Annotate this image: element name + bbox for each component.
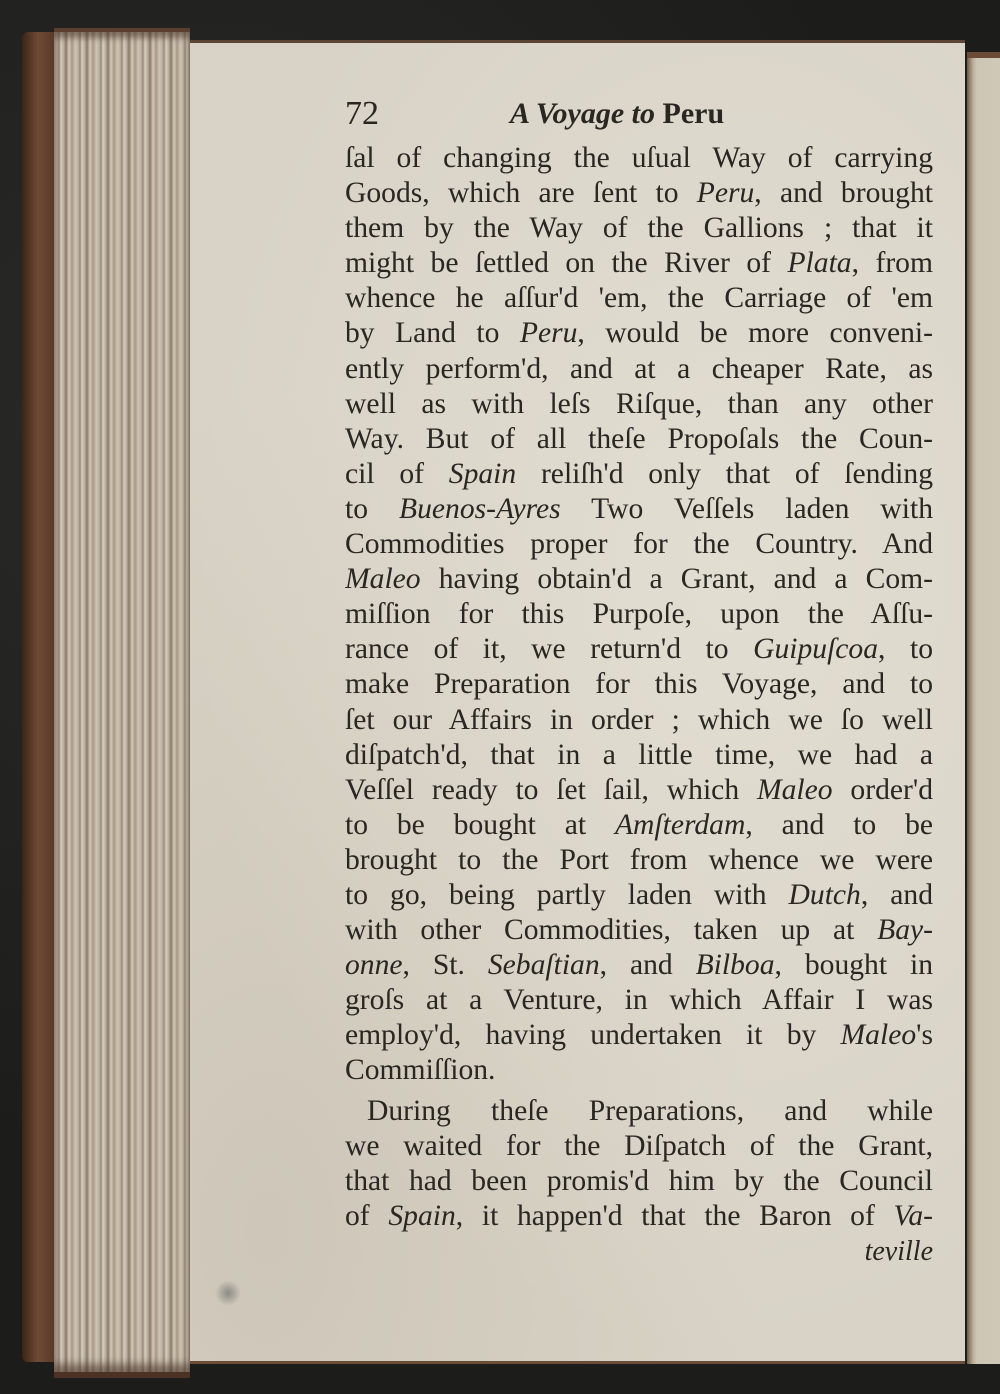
text-line: to be bought at Amſterdam, and to be <box>345 808 933 843</box>
page-number: 72 <box>345 95 379 133</box>
italic-text: Dutch <box>789 879 861 911</box>
text-segment: well as with leſs Riſque, than any other <box>345 388 933 420</box>
italic-text: Peru <box>520 317 578 349</box>
italic-text: Plata <box>787 247 851 279</box>
text-segment: , and brought <box>754 177 933 209</box>
text-segment: employ'd, having undertaken it by <box>345 1019 841 1051</box>
text-line: ently perform'd, and at a cheaper Rate, … <box>345 352 933 387</box>
text-segment: brought to the Port from whence we were <box>345 844 933 876</box>
italic-text: Maleo <box>345 563 421 595</box>
running-title: A Voyage to Peru <box>510 97 724 131</box>
text-segment: , from <box>852 247 933 279</box>
text-segment: diſpatch'd, that in a little time, we ha… <box>345 739 933 771</box>
text-line: Way. But of all theſe Propoſals the Coun… <box>345 422 933 457</box>
text-line: make Preparation for this Voyage, and to <box>345 667 933 702</box>
text-line: onne, St. Sebaſtian, and Bilboa, bought … <box>345 948 933 983</box>
text-segment: 's <box>916 1019 933 1051</box>
text-segment: Commodities proper for the Country. And <box>345 528 933 560</box>
text-line: might be ſettled on the River of Plata, … <box>345 246 933 281</box>
text-line: diſpatch'd, that in a little time, we ha… <box>345 738 933 773</box>
italic-text: Peru <box>697 177 755 209</box>
italic-text: Bilboa <box>696 949 775 981</box>
text-line: rance of it, we return'd to Guipuſcoa, t… <box>345 632 933 667</box>
text-segment: that had been promis'd him by the Counci… <box>345 1165 933 1197</box>
text-line: with other Commodities, taken up at Bay- <box>345 913 933 948</box>
catchword: teville <box>345 1236 933 1270</box>
text-line: that had been promis'd him by the Counci… <box>345 1164 933 1199</box>
text-segment: with other Commodities, taken up at <box>345 914 877 946</box>
text-line: Goods, which are ſent to Peru, and broug… <box>345 176 933 211</box>
text-segment: we waited for the Diſpatch of the Grant, <box>345 1130 933 1162</box>
text-line: Commiſſion. <box>345 1053 933 1088</box>
text-segment: Way. But of all theſe Propoſals the Coun… <box>345 423 933 455</box>
text-segment: Veſſel ready to ſet ſail, which <box>345 774 757 806</box>
text-segment: cil of <box>345 458 449 490</box>
text-segment: by Land to <box>345 317 520 349</box>
text-segment: Two Veſſels laden with <box>561 493 933 525</box>
italic-text: Va- <box>894 1200 933 1232</box>
text-segment: , bought in <box>775 949 933 981</box>
italic-text: Buenos-Ayres <box>399 493 561 525</box>
italic-text: Maleo <box>841 1019 917 1051</box>
text-segment: order'd <box>833 774 933 806</box>
italic-text: onne <box>345 949 403 981</box>
text-line: to go, being partly laden with Dutch, an… <box>345 878 933 913</box>
italic-text: Spain <box>388 1200 455 1232</box>
text-line: employ'd, having undertaken it by Maleo'… <box>345 1018 933 1053</box>
text-segment: to be bought at <box>345 809 615 841</box>
text-line: cil of Spain reliſh'd only that of ſendi… <box>345 457 933 492</box>
text-line: we waited for the Diſpatch of the Grant, <box>345 1129 933 1164</box>
text-segment: rance of it, we return'd to <box>345 633 753 665</box>
italic-text: Amſterdam <box>615 809 745 841</box>
ink-stain <box>215 1280 241 1306</box>
text-segment: miſſion for this Purpoſe, upon the Aſſu- <box>345 598 933 630</box>
text-line: to Buenos-Ayres Two Veſſels laden with <box>345 492 933 527</box>
text-line: well as with leſs Riſque, than any other <box>345 387 933 422</box>
facing-page-edge <box>967 52 1000 1364</box>
page-text-block: 72 A Voyage to Peru ſal of changing the … <box>345 95 933 1270</box>
text-segment: them by the Way of the Gallions ; that i… <box>345 212 933 244</box>
text-segment: might be ſettled on the River of <box>345 247 787 279</box>
running-title-bold: Peru <box>663 97 725 130</box>
text-segment: ſet our Affairs in order ; which we ſo w… <box>345 704 933 736</box>
text-segment: groſs at a Venture, in which Affair I wa… <box>345 984 933 1016</box>
text-segment: ſal of changing the uſual Way of carryin… <box>345 142 933 174</box>
text-segment: to <box>345 493 399 525</box>
text-segment: , and to be <box>745 809 933 841</box>
text-line: of Spain, it happen'd that the Baron of … <box>345 1199 933 1234</box>
text-segment: , to <box>878 633 933 665</box>
text-line: Maleo having obtain'd a Grant, and a Com… <box>345 562 933 597</box>
text-line: groſs at a Venture, in which Affair I wa… <box>345 983 933 1018</box>
text-line: ſal of changing the uſual Way of carryin… <box>345 141 933 176</box>
text-line: them by the Way of the Gallions ; that i… <box>345 211 933 246</box>
body-text: ſal of changing the uſual Way of carryin… <box>345 141 933 1234</box>
running-title-italic: A Voyage to <box>510 97 655 130</box>
text-segment: whence he aſſur'd 'em, the Carriage of '… <box>345 282 933 314</box>
text-segment: , and <box>600 949 696 981</box>
text-segment: to go, being partly laden with <box>345 879 789 911</box>
text-segment: , it happen'd that the Baron of <box>456 1200 894 1232</box>
text-segment: having obtain'd a Grant, and a Com- <box>421 563 933 595</box>
italic-text: Maleo <box>757 774 833 806</box>
text-line: whence he aſſur'd 'em, the Carriage of '… <box>345 281 933 316</box>
text-segment: ently perform'd, and at a cheaper Rate, … <box>345 353 933 385</box>
text-segment: , St. <box>403 949 488 981</box>
text-line: ſet our Affairs in order ; which we ſo w… <box>345 703 933 738</box>
text-segment: of <box>345 1200 388 1232</box>
text-segment: Commiſſion. <box>345 1054 495 1086</box>
text-line: During theſe Preparations, and while <box>345 1094 933 1129</box>
italic-text: Spain <box>449 458 516 490</box>
text-segment: make Preparation for this Voyage, and to <box>345 668 933 700</box>
page-header: 72 A Voyage to Peru <box>345 95 933 141</box>
text-line: Veſſel ready to ſet ſail, which Maleo or… <box>345 773 933 808</box>
text-segment: reliſh'd only that of ſending <box>516 458 933 490</box>
text-line: brought to the Port from whence we were <box>345 843 933 878</box>
text-segment: Goods, which are ſent to <box>345 177 697 209</box>
text-line: Commodities proper for the Country. And <box>345 527 933 562</box>
italic-text: Sebaſtian <box>488 949 600 981</box>
italic-text: Bay- <box>877 914 933 946</box>
text-line: by Land to Peru, would be more conveni- <box>345 316 933 351</box>
text-line: miſſion for this Purpoſe, upon the Aſſu- <box>345 597 933 632</box>
italic-text: Guipuſcoa <box>753 633 878 665</box>
page-edges-stack <box>54 28 190 1378</box>
text-segment: During theſe Preparations, and while <box>367 1095 933 1127</box>
text-segment: , would be more conveni- <box>577 317 933 349</box>
text-segment: , and <box>861 879 933 911</box>
